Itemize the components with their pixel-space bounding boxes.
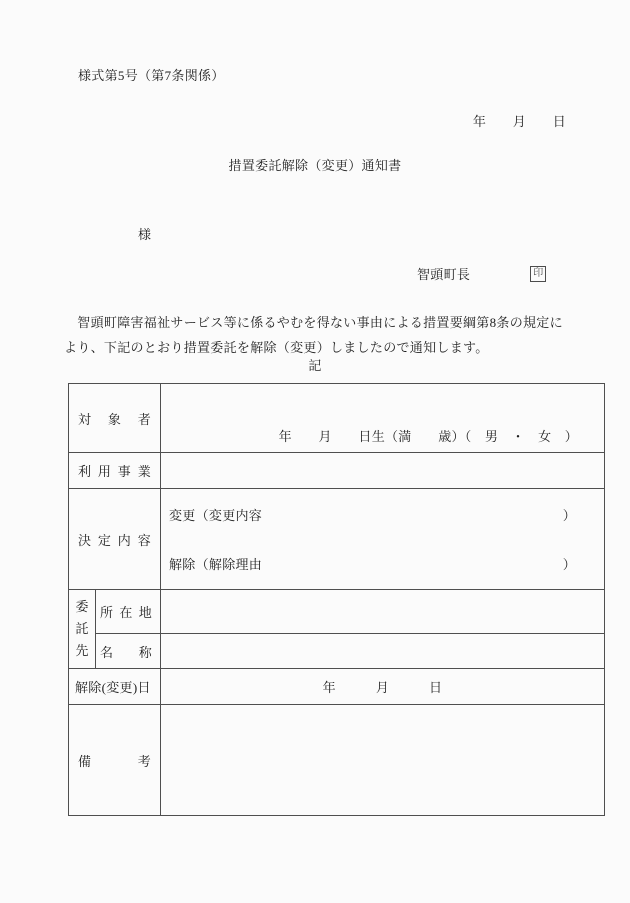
row-service: 利用事業 bbox=[69, 453, 605, 489]
subject-birth-line: 年 月 日生（満 歳）（ 男 ・ 女 ） bbox=[279, 429, 578, 444]
decision-cancel-prefix: 解除（解除理由 bbox=[169, 554, 262, 573]
contractor-address-value-cell bbox=[161, 590, 605, 634]
subject-label: 対象者 bbox=[78, 409, 151, 428]
contractor-address-label: 所在地 bbox=[100, 602, 152, 621]
issue-date-line: 年 月 日 bbox=[473, 111, 566, 130]
cancel-date-label-cell: 解除(変更)日 bbox=[69, 669, 161, 705]
service-value-cell bbox=[161, 453, 605, 489]
row-decision: 決定内容 変更（変更内容 ） 解除（解除理由 ） bbox=[69, 489, 605, 590]
document-page: 様式第5号（第7条関係） 年 月 日 措置委託解除（変更）通知書 様 智頭町長 … bbox=[0, 0, 630, 903]
subject-value-cell: 年 月 日生（満 歳）（ 男 ・ 女 ） bbox=[161, 384, 605, 453]
sender-title: 智頭町長 bbox=[417, 264, 470, 283]
decision-label-cell: 決定内容 bbox=[69, 489, 161, 590]
contractor-group-cell: 委託先 bbox=[69, 590, 96, 669]
contractor-name-label: 名称 bbox=[100, 642, 152, 661]
remarks-value-cell bbox=[161, 705, 605, 816]
subject-label-cell: 対象者 bbox=[69, 384, 161, 453]
document-title: 措置委託解除（変更）通知書 bbox=[0, 155, 630, 174]
contractor-address-label-cell: 所在地 bbox=[96, 590, 161, 634]
decision-value-cell: 変更（変更内容 ） 解除（解除理由 ） bbox=[161, 489, 605, 590]
seal-mark-icon: 印 bbox=[530, 266, 546, 282]
record-marker: 記 bbox=[0, 355, 630, 374]
decision-change-line: 変更（変更内容 ） bbox=[169, 505, 576, 524]
contractor-name-label-cell: 名称 bbox=[96, 634, 161, 669]
remarks-label: 備考 bbox=[78, 751, 151, 770]
row-remarks: 備考 bbox=[69, 705, 605, 816]
body-paragraph: 智頭町障害福祉サービス等に係るやむを得ない事由による措置要綱第8条の規定に より… bbox=[64, 310, 574, 360]
cancel-date-value-cell: 年 月 日 bbox=[161, 669, 605, 705]
row-contractor-name: 名称 bbox=[69, 634, 605, 669]
cancel-date-label: 解除(変更)日 bbox=[75, 677, 156, 696]
decision-change-prefix: 変更（変更内容 bbox=[169, 505, 262, 524]
row-contractor-address: 委託先 所在地 bbox=[69, 590, 605, 634]
decision-cancel-line: 解除（解除理由 ） bbox=[169, 554, 576, 573]
body-line-1: 智頭町障害福祉サービス等に係るやむを得ない事由による措置要綱第8条の規定に bbox=[64, 310, 574, 335]
form-number: 様式第5号（第7条関係） bbox=[78, 65, 225, 84]
decision-label: 決定内容 bbox=[78, 530, 151, 549]
service-label-cell: 利用事業 bbox=[69, 453, 161, 489]
sender-line: 智頭町長 印 bbox=[417, 264, 546, 283]
contractor-group-label: 委託先 bbox=[74, 596, 90, 662]
contractor-name-value-cell bbox=[161, 634, 605, 669]
row-subject: 対象者 年 月 日生（満 歳）（ 男 ・ 女 ） bbox=[69, 384, 605, 453]
form-table: 対象者 年 月 日生（満 歳）（ 男 ・ 女 ） 利用事業 決定内容 変更（変更… bbox=[68, 383, 605, 816]
decision-change-close-paren: ） bbox=[563, 505, 576, 524]
row-cancel-date: 解除(変更)日 年 月 日 bbox=[69, 669, 605, 705]
addressee-suffix: 様 bbox=[138, 224, 151, 243]
remarks-label-cell: 備考 bbox=[69, 705, 161, 816]
service-label: 利用事業 bbox=[78, 461, 151, 480]
decision-cancel-close-paren: ） bbox=[563, 554, 576, 573]
